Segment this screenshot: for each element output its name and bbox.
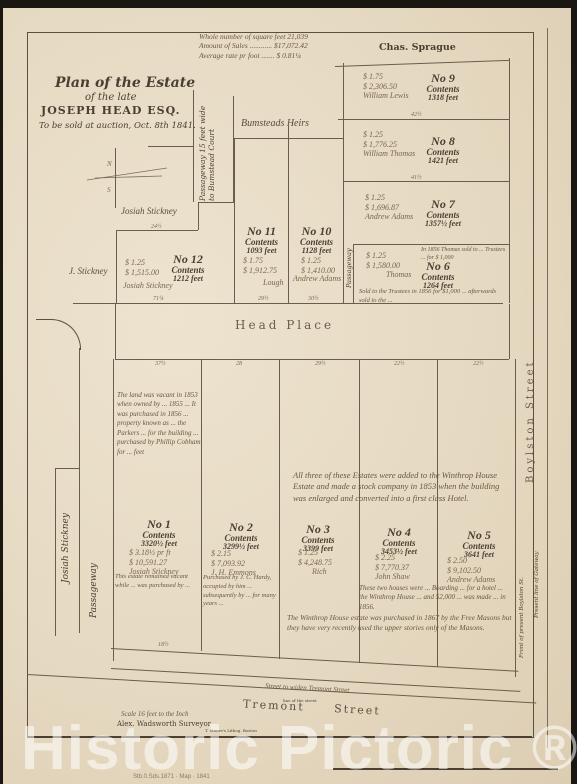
dim-label: 37½ [155,361,166,367]
lot-9-price: $ 1.75$ 2,306.50William Lewis [363,72,409,101]
title-line-3: JOSEPH HEAD ESQ. [41,104,180,117]
lot-12-buyer: Josiah Stickney [123,281,173,291]
dim-label: 22½ [394,361,405,367]
outer-margin-line [547,28,548,748]
lot-9-label: No 9Contents1318 feet [413,72,473,102]
street-head-place: Head Place [235,318,334,332]
map-sheet: Plan of the Estate of the late JOSEPH HE… [3,8,571,784]
lot-7-price: $ 1.25$ 1,696.87Andrew Adams [365,193,413,222]
compass-n: N [107,160,112,168]
lot-8-label: No 8Contents1421 feet [413,135,473,165]
lot-11-label: No 11Contents1093 feet [235,225,288,255]
passageway-lot6-label: Passageway [345,248,353,288]
lot-6-price: $ 1.25$ 1,580.00Thomas [366,251,411,280]
dim-label: 30½ [308,296,319,302]
passageway-top-label: Passageway 15 feet wide to Bumstead Cour… [198,96,216,201]
boylston-note-2: Present line of Gateway [534,548,540,618]
title-line-2: of the late [85,92,137,103]
center-note: All three of these Estates were added to… [293,470,513,504]
lot-2-label: No 2Contents3299½ feet [211,521,271,551]
dim-label: 28 [236,361,242,367]
dim-label: 29½ [315,361,326,367]
dim-label: 71¼ [153,296,164,302]
lot-10-price: $ 1.25$ 1,410.00 [301,256,335,275]
street-boylston: Boylston Street [525,343,536,483]
dim-label: 29½ [258,296,269,302]
summary-amount: Amount of Sales ............ $17,072.42 [199,41,308,50]
dim-label: 42½ [411,112,422,118]
lot-6-label: No 6Contents1264 feet [408,260,468,290]
summary-average: Average rate pr foot ....... $ 0.81¼ [199,51,308,60]
lot-7-label: No 7Contents1357½ feet [413,198,473,228]
owner-josiah-stickney-top: Josiah Stickney [121,206,177,216]
passageway-left-label: Passageway [89,548,99,618]
owner-chas-sprague: Chas. Sprague [379,42,456,53]
summary-total-feet: Whole number of square feet 21,039 [199,32,308,41]
lot-10-label: No 10Contents1128 feet [290,225,343,255]
lot-6-right-note: In 1856 Thomas sold to ... Trustees ... … [421,246,509,262]
boylston-note-1: Front of present Boylston St. [519,568,525,658]
owner-bumsteads-heirs: Bumsteads Heirs [241,118,309,129]
lot-5-label: No 5Contents3641 feet [449,529,509,559]
dim-label: 18½ [158,642,169,648]
compass-needle-icon [87,158,167,198]
lot-11-buyer: Lough [263,278,283,288]
lot-1-top-note: The land was vacant in 1853 when owned b… [117,391,201,457]
title-line-4: To be sold at auction, Oct. 8th 1841. [39,121,196,131]
compass-rose: N S [87,158,167,198]
watermark: Historic Pictoric ® [21,713,577,784]
lot-4-label: No 4Contents3453½ feet [369,526,429,556]
dim-label: 22½ [473,361,484,367]
dim-label: 41½ [411,175,422,181]
lot-12-price: $ 1.25$ 1,515.00 [125,258,159,277]
lot-8-price: $ 1.25$ 1,776.25William Thomas [363,130,415,159]
lot-3-price: $ 1.25$ 4,248.75Rich [298,548,332,577]
winthrop-note: The Winthrop House estate was purchased … [287,613,517,633]
lot-11-price: $ 1.75$ 1,912.75 [243,256,277,275]
dim-label: 24½ [151,224,162,230]
lot-1-label: No 1Contents3320½ feet [131,518,187,548]
summary-note: Whole number of square feet 21,039 Amoun… [199,32,308,60]
lot-4-price: $ 2.25$ 7,770.37John Shaw [375,553,410,582]
lot-45-note: These two houses were ... Boarding ... f… [359,584,509,612]
owner-j-stickney: J. Stickney [69,266,107,276]
lot-12-label: No 12Contents1212 feet [158,253,218,283]
lot-5-price: $ 2.50$ 9,102.50Andrew Adams [447,556,495,585]
compass-s: S [107,186,111,194]
owner-josiah-stickney-left: Josiah Stickney [61,513,71,583]
lot-6-note: Sold to the Trustees in 1856 for $1,000 … [359,288,504,306]
title-line-1: Plan of the Estate [55,75,195,91]
lot-2-bottom-note: Purchased by J. C. Hardy, occupied by hi… [203,574,279,609]
lot-1-bottom-note: This estate remained vacant while ... wa… [115,573,201,591]
lot-10-buyer: Andrew Adams [293,274,341,284]
